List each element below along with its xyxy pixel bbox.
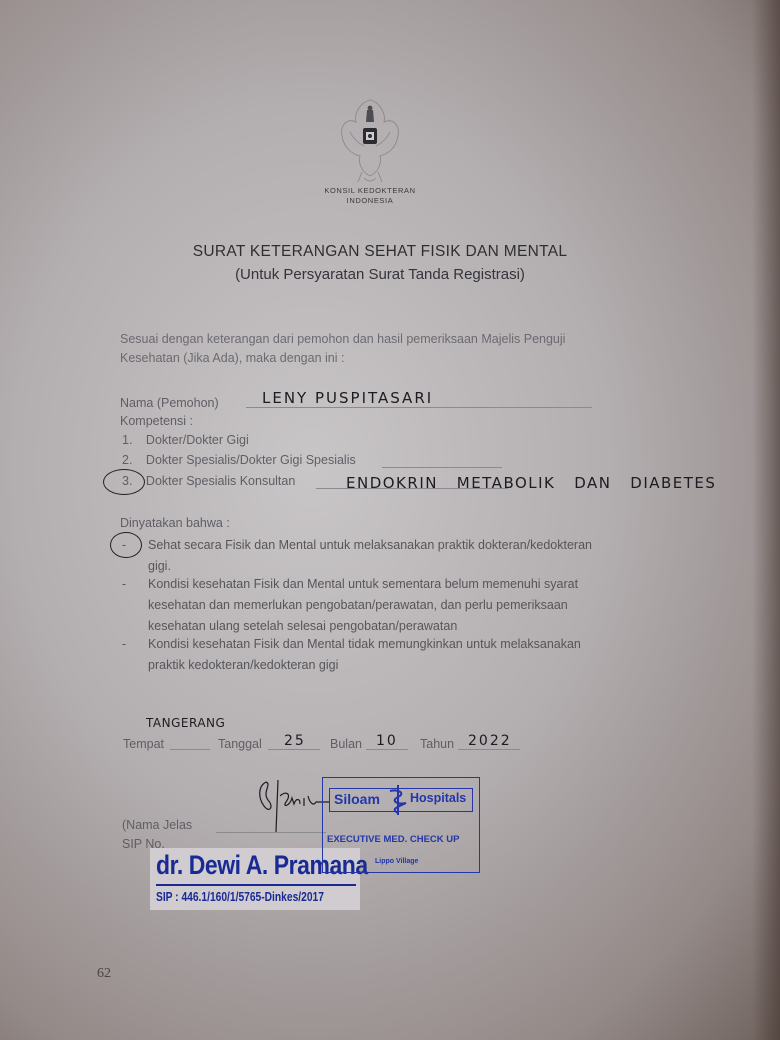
applicant-name-field[interactable]: LENY PUSPITASARI: [246, 394, 592, 408]
declaration-option-1[interactable]: - Sehat secara Fisik dan Mental untuk me…: [122, 535, 638, 577]
page-number: 62: [97, 966, 111, 982]
declaration-option-2[interactable]: - Kondisi kesehatan Fisik dan Mental unt…: [122, 574, 638, 637]
selected-circle-mark: [103, 469, 145, 495]
day-value: 25: [284, 733, 306, 749]
competency-label-text: Dokter Spesialis Konsultan: [146, 474, 295, 488]
competency-label: Kompetensi :: [120, 414, 193, 428]
page-edge-shadow: [752, 0, 780, 1040]
stamp-department: EXECUTIVE MED. CHECK UP: [327, 834, 460, 845]
competency-label-text: Dokter/Dokter Gigi: [146, 433, 249, 447]
siloam-caduceus-icon: [386, 783, 410, 817]
intro-line-1: Sesuai dengan keterangan dari pemohon da…: [120, 330, 640, 349]
document-title: SURAT KETERANGAN SEHAT FISIK DAN MENTAL: [140, 243, 620, 261]
hospital-stamp: Siloam Hospitals EXECUTIVE MED. CHECK UP…: [322, 777, 480, 873]
hospital-brand: Siloam Hospitals: [329, 788, 473, 812]
option-line: Kondisi kesehatan Fisik dan Mental tidak…: [148, 634, 638, 655]
competency-2-field[interactable]: [382, 455, 502, 468]
bullet: -: [122, 634, 126, 655]
day-field[interactable]: 25: [268, 737, 320, 750]
place-field[interactable]: [170, 737, 210, 750]
doctor-sip: SIP : 446.1/160/1/5765-Dinkes/2017: [156, 890, 324, 904]
competency-item-3[interactable]: 3. Dokter Spesialis Konsultan: [122, 474, 295, 488]
competency-number: 1.: [122, 433, 132, 447]
applicant-name-label: Nama (Pemohon): [120, 396, 219, 410]
bullet: -: [122, 535, 126, 556]
option-line: praktik kedokteran/kedokteran gigi: [148, 655, 638, 676]
month-label: Bulan: [330, 737, 362, 751]
organization-line-1: KONSIL KEDOKTERAN: [300, 186, 440, 196]
year-label: Tahun: [420, 737, 454, 751]
competency-item-1[interactable]: 1. Dokter/Dokter Gigi: [122, 433, 249, 447]
brand-right: Hospitals: [410, 791, 466, 805]
place-label: Tempat: [123, 737, 164, 751]
competency-label-text: Dokter Spesialis/Dokter Gigi Spesialis: [146, 453, 356, 467]
year-value: 2022: [468, 733, 512, 749]
signer-name-label: (Nama Jelas: [122, 818, 192, 832]
competency-item-2[interactable]: 2. Dokter Spesialis/Dokter Gigi Spesiali…: [122, 453, 356, 467]
option-line: Kondisi kesehatan Fisik dan Mental untuk…: [148, 574, 638, 595]
year-field[interactable]: 2022: [458, 737, 520, 750]
intro-line-2: Kesehatan (Jika Ada), maka dengan ini :: [120, 349, 640, 368]
month-field[interactable]: 10: [366, 737, 408, 750]
declaration-label: Dinyatakan bahwa :: [120, 516, 230, 530]
competency-number: 2.: [122, 453, 132, 467]
month-value: 10: [376, 733, 398, 749]
option-line: Sehat secara Fisik dan Mental untuk mela…: [148, 535, 638, 556]
organization-name: KONSIL KEDOKTERAN INDONESIA: [300, 186, 440, 206]
applicant-name-value: LENY PUSPITASARI: [262, 389, 433, 407]
place-value: TANGERANG: [146, 716, 225, 730]
brand-left: Siloam: [334, 791, 380, 807]
bullet: -: [122, 574, 126, 595]
garuda-emblem-icon: [330, 92, 410, 188]
day-label: Tanggal: [218, 737, 262, 751]
document-subtitle: (Untuk Persyaratan Surat Tanda Registras…: [140, 266, 620, 283]
intro-paragraph: Sesuai dengan keterangan dari pemohon da…: [120, 330, 640, 368]
organization-line-2: INDONESIA: [300, 196, 440, 206]
signer-name-field[interactable]: [216, 820, 326, 833]
option-line: kesehatan dan memerlukan pengobatan/pera…: [148, 595, 638, 616]
competency-3-value: ENDOKRIN METABOLIK DAN DIABETES: [346, 474, 716, 492]
stamp-location: Lippo Village: [375, 858, 418, 865]
stamp-divider: [156, 884, 356, 886]
declaration-option-3[interactable]: - Kondisi kesehatan Fisik dan Mental tid…: [122, 634, 638, 676]
